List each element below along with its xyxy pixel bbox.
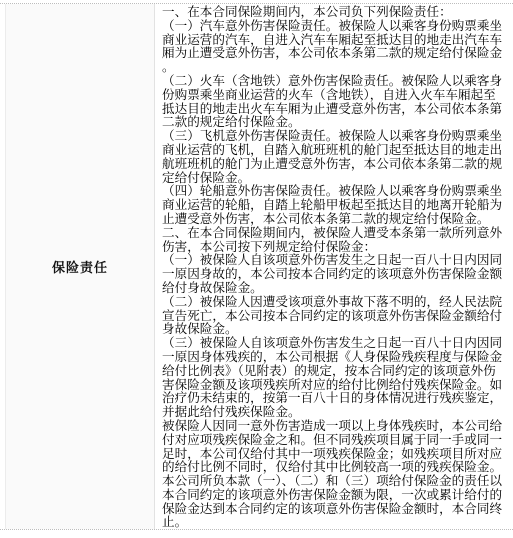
clause-paragraph: 被保险人因同一意外伤害造成一项以上身体残疾时，本公司给付对应项残疾保险金之和。但… [162,420,507,475]
clause-paragraph: （三）被保险人自该项意外伤害发生之日起一百八十日内因同一原因身体残疾的，本公司根… [162,337,507,420]
clause-paragraph: 一、在本合同保险期间内，本公司负下列保险责任： [162,6,507,20]
clause-content-cell: 一、在本合同保险期间内，本公司负下列保险责任： （一）汽车意外伤害保险责任。被保… [155,4,513,529]
row-header-label: 保险责任 [52,257,108,276]
clause-paragraph: 本公司所负本款（一）、（二）和（三）项给付保险金的责任以本合同约定的该项意外伤害… [162,475,507,529]
clause-paragraph: （二）被保险人因遭受该项意外事故下落不明的，经人民法院宣告死亡，本公司按本合同约… [162,296,507,337]
clause-paragraph: （一）汽车意外伤害保险责任。被保险人以乘客身份购票乘坐商业运营的汽车，自进入汽车… [162,20,507,75]
row-header-cell: 保险责任 [5,4,155,529]
clause-paragraph: 二、在本合同保险期间内，被保险人遭受本条第一款所列意外伤害，本公司按下列规定给付… [162,227,507,255]
clause-table-row: 保险责任 一、在本合同保险期间内，本公司负下列保险责任： （一）汽车意外伤害保险… [0,3,513,530]
clause-paragraph: （四）轮船意外伤害保险责任。被保险人以乘客身份购票乘坐商业运营的轮船，自踏上轮船… [162,185,507,226]
insurance-contract-page: 保险责任 一、在本合同保险期间内，本公司负下列保险责任： （一）汽车意外伤害保险… [0,0,513,538]
clause-paragraph: （二）火车（含地铁）意外伤害保险责任。被保险人以乘客身份购票乘坐商业运营的火车（… [162,75,507,130]
clause-paragraph: （三）飞机意外伤害保险责任。被保险人以乘客身份购票乘坐商业运营的飞机，自踏入航班… [162,130,507,185]
clause-paragraph: （一）被保险人自该项意外伤害发生之日起一百八十日内因同一原因身故的，本公司按本合… [162,254,507,295]
